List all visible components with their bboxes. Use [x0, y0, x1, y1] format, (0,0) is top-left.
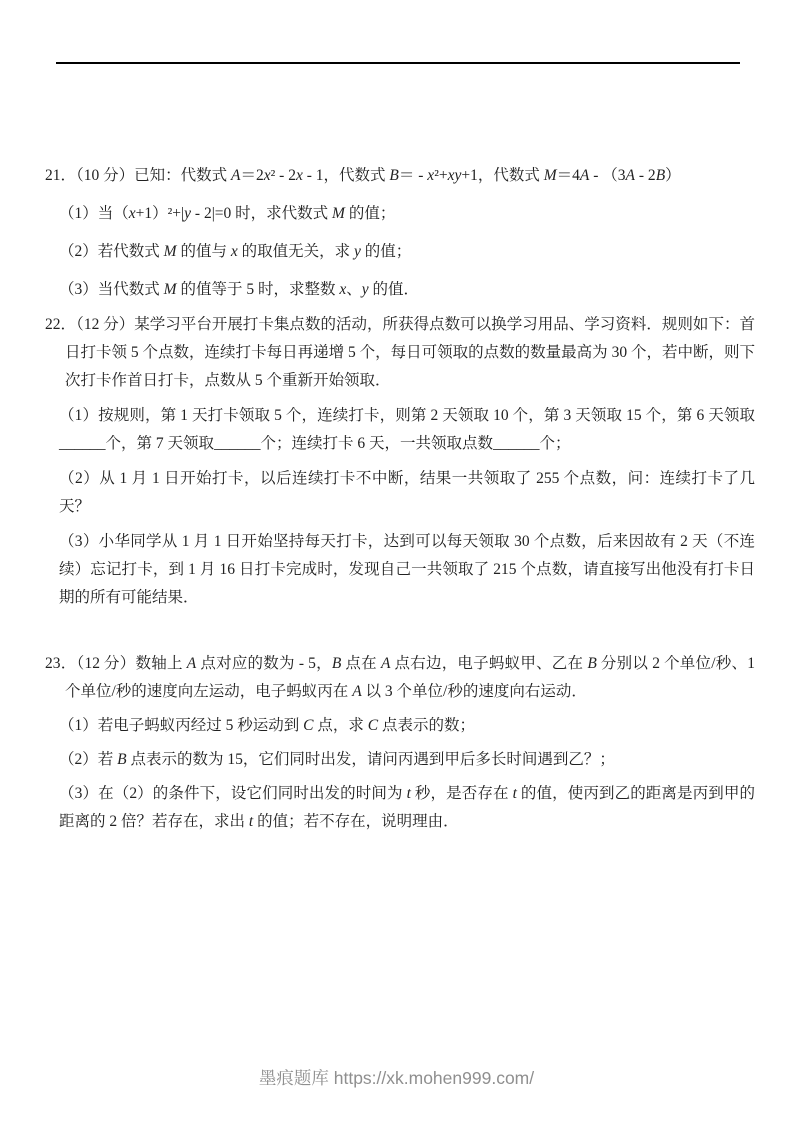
question-21-stem-text: （10 分）已知：代数式 A＝2x² - 2x - 1，代数式 B＝ - x²+… [76, 167, 681, 184]
question-23-stem: 23．（12 分）数轴上 A 点对应的数为 - 5，B 点在 A 点右边，电子蚂… [0, 650, 793, 706]
questions-area: 21．（10 分）已知：代数式 A＝2x² - 2x - 1，代数式 B＝ - … [0, 65, 793, 836]
question-22-part-1: （1）按规则，第 1 天打卡领取 5 个，连续打卡，则第 2 天领取 10 个，… [0, 402, 793, 458]
question-22-stem: 22．（12 分）某学习平台开展打卡集点数的活动，所获得点数可以换学习用品、学习… [0, 311, 793, 395]
question-21-stem: 21．（10 分）已知：代数式 A＝2x² - 2x - 1，代数式 B＝ - … [0, 162, 793, 190]
footer-watermark-text: 墨痕题库 https://xk.mohen999.com/ [259, 1068, 534, 1088]
question-22: 22．（12 分）某学习平台开展打卡集点数的活动，所获得点数可以换学习用品、学习… [0, 311, 793, 612]
header-divider [56, 62, 740, 64]
question-23: 23．（12 分）数轴上 A 点对应的数为 - 5，B 点在 A 点右边，电子蚂… [0, 650, 793, 836]
page-footer: 墨痕题库 https://xk.mohen999.com/ [0, 1066, 793, 1090]
question-22-part-2: （2）从 1 月 1 日开始打卡，以后连续打卡不中断，结果一共领取了 255 个… [0, 465, 793, 521]
question-21-part-1: （1）当（x+1）²+|y - 2|=0 时，求代数式 M 的值； [0, 200, 793, 228]
question-21-number: 21． [45, 167, 76, 184]
question-23-part-1: （1）若电子蚂蚁丙经过 5 秒运动到 C 点，求 C 点表示的数； [0, 712, 793, 740]
question-23-number: 23． [45, 655, 76, 672]
question-23-stem-text: （12 分）数轴上 A 点对应的数为 - 5，B 点在 A 点右边，电子蚂蚁甲、… [65, 655, 755, 700]
exam-page: 21．（10 分）已知：代数式 A＝2x² - 2x - 1，代数式 B＝ - … [0, 0, 793, 1122]
question-22-stem-text: （12 分）某学习平台开展打卡集点数的活动，所获得点数可以换学习用品、学习资料．… [65, 316, 755, 389]
question-23-part-2: （2）若 B 点表示的数为 15，它们同时出发，请问丙遇到甲后多长时间遇到乙？； [0, 746, 793, 774]
question-22-part-3: （3）小华同学从 1 月 1 日开始坚持每天打卡，达到可以每天领取 30 个点数… [0, 528, 793, 612]
question-21-part-2: （2）若代数式 M 的值与 x 的取值无关，求 y 的值； [0, 238, 793, 266]
question-21-part-3: （3）当代数式 M 的值等于 5 时，求整数 x、y 的值． [0, 276, 793, 304]
question-23-part-3: （3）在（2）的条件下，设它们同时出发的时间为 t 秒，是否存在 t 的值，使丙… [0, 780, 793, 836]
question-21: 21．（10 分）已知：代数式 A＝2x² - 2x - 1，代数式 B＝ - … [0, 162, 793, 304]
question-22-number: 22． [45, 316, 76, 333]
